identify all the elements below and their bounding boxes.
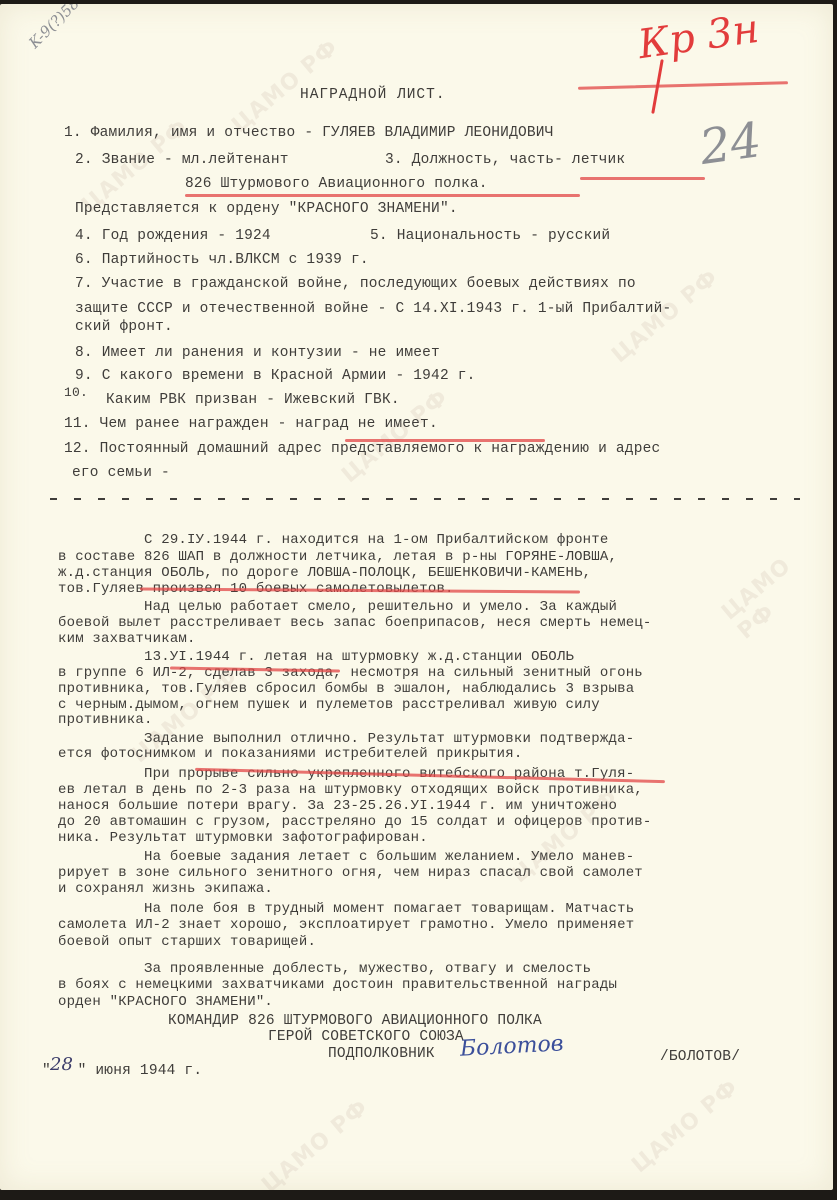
narrative-line: нанося большие потери врагу. За 23-25.26…: [58, 798, 617, 815]
narrative-line: ким захватчикам.: [58, 631, 196, 648]
narrative-line: самолета ИЛ-2 знает хорошо, эксплоатируе…: [58, 917, 634, 934]
narrative-line: в группе 6 ИЛ-2, сделав 3 захода, несмот…: [58, 665, 643, 682]
narrative-line: боевой опыт старших товарищей.: [58, 934, 316, 951]
red-underline: [185, 194, 580, 197]
narrative-line: противника, тов.Гуляев сбросил бомбы в э…: [58, 681, 634, 698]
signatory-name: /БОЛОТОВ/: [660, 1049, 740, 1066]
field-previous-awards: 11. Чем ранее награжден - наград не имее…: [64, 416, 438, 433]
watermark: ЦАМО РФ: [627, 1075, 743, 1178]
pencil-note: 24: [696, 112, 764, 176]
narrative-line: На поле боя в трудный момент помагает то…: [58, 901, 634, 918]
signature-hero: ГЕРОЙ СОВЕТСКОГО СОЮЗА: [268, 1029, 464, 1046]
field-nationality: 5. Национальность - русский: [370, 228, 610, 245]
archive-number: K-9(?)5889: [25, 4, 96, 52]
narrative-line: и сохранял жизнь экипажа.: [58, 881, 273, 898]
section-divider: [50, 498, 800, 500]
narrative-line: в составе 826 ШАП в должности летчика, л…: [58, 549, 617, 566]
watermark: ЦАМО РФ: [257, 1095, 373, 1190]
field-participation-3: ский фронт.: [75, 319, 173, 336]
narrative-line: противника.: [58, 712, 153, 729]
field-position: 3. Должность, часть- летчик: [385, 152, 625, 169]
red-underline: [578, 81, 788, 89]
narrative-line: до 20 автомашин с грузом, расстреляно до…: [58, 814, 652, 831]
field-participation-2: защите СССР и отечественной войне - С 14…: [75, 301, 671, 318]
narrative-line: ника. Результат штурмовки зафотографиров…: [58, 830, 428, 847]
narrative-line: рирует в зоне сильного зенитного огня, ч…: [58, 865, 643, 882]
red-annotation: Кр 3н: [635, 6, 761, 68]
field-full-name: 1. Фамилия, имя и отчество - ГУЛЯЕВ ВЛАД…: [64, 125, 554, 142]
field-address-1: 12. Постоянный домашний адрес представля…: [64, 441, 660, 458]
nominated-award: Представляется к ордену "КРАСНОГО ЗНАМЕН…: [75, 201, 458, 218]
award-sheet-page: ЦАМО РФ ЦАМО РФ ЦАМО РФ ЦАМО РФ ЦАМО РФ …: [0, 4, 833, 1190]
field-party: 6. Партийность чл.ВЛКСМ с 1939 г.: [75, 252, 369, 269]
narrative-line: в боях с немецкими захватчиками достоин …: [58, 977, 617, 994]
field-number-10: 10.: [64, 384, 88, 401]
watermark: ЦАМО РФ: [717, 534, 833, 645]
narrative-line: боевой вылет расстреливает весь запас бо…: [58, 615, 652, 632]
field-position-unit: 826 Штурмового Авиационного полка.: [185, 176, 488, 193]
narrative-line: ется фотоснимком и показаниями истребите…: [58, 746, 522, 763]
field-participation-1: 7. Участие в гражданской войне, последую…: [75, 276, 636, 293]
narrative-line: ж.д.станция ОБОЛЬ, по дороге ЛОВША-ПОЛОЦ…: [58, 565, 591, 582]
narrative-line: орден "КРАСНОГО ЗНАМЕНИ".: [58, 994, 273, 1011]
narrative-line: За проявленные доблесть, мужество, отваг…: [58, 961, 591, 978]
narrative-line: На боевые задания летает с большим желан…: [58, 849, 634, 866]
field-service-since: 9. С какого времени в Красной Армии - 19…: [75, 368, 476, 385]
signature-rank: ПОДПОЛКОВНИК: [328, 1046, 435, 1063]
field-wounds: 8. Имеет ли ранения и контузии - не имее…: [75, 345, 440, 362]
narrative-line: 13.УI.1944 г. летая на штурмовку ж.д.ста…: [58, 649, 574, 666]
field-rank: 2. Звание - мл.лейтенант: [75, 152, 289, 169]
field-conscription: Каким РВК призван - Ижевский ГВК.: [106, 392, 400, 409]
field-address-2: его семьи -: [72, 465, 170, 482]
document-title: НАГРАДНОЙ ЛИСТ.: [300, 87, 446, 104]
signature-title: КОМАНДИР 826 ШТУРМОВОГО АВИАЦИОННОГО ПОЛ…: [168, 1013, 542, 1030]
narrative-line: ев летал в день по 2-3 раза на штурмовку…: [58, 782, 643, 799]
narrative-line: С 29.IУ.1944 г. находится на 1-ом Прибал…: [58, 532, 609, 549]
handwritten-day: 28: [50, 1054, 73, 1075]
red-underline: [580, 177, 705, 180]
field-birth-year: 4. Год рождения - 1924: [75, 228, 271, 245]
handwritten-signature: Болотов: [459, 1031, 564, 1061]
narrative-line: Над целью работает смело, решительно и у…: [58, 599, 617, 616]
